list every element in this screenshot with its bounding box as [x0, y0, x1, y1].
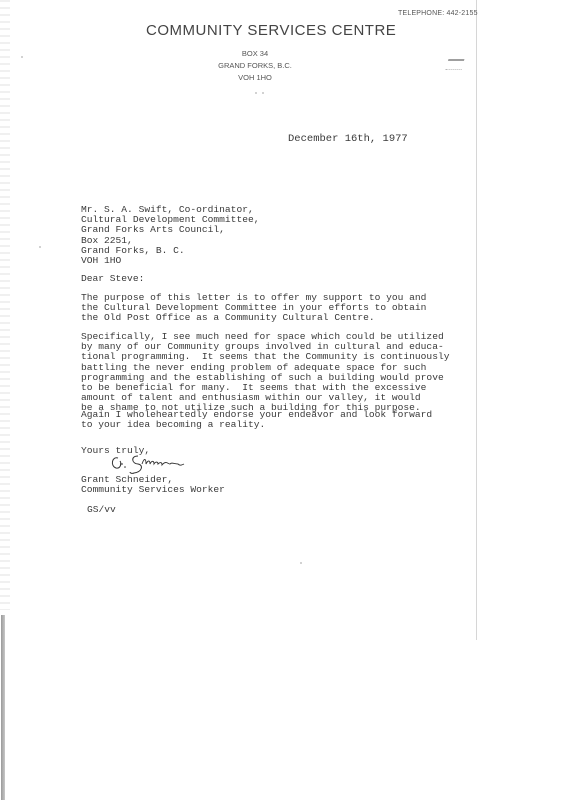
signer-title: Community Services Worker [81, 485, 225, 495]
recipient-line: VOH 1HO [81, 256, 259, 266]
address-line: VOH 1HO [210, 72, 300, 84]
salutation: Dear Steve: [81, 274, 144, 284]
letter-date: December 16th, 1977 [288, 133, 408, 145]
scan-speck [39, 246, 41, 248]
scan-speck [300, 562, 302, 564]
recipient-address: Mr. S. A. Swift, Co-ordinator,Cultural D… [81, 205, 259, 266]
reference-initials: GS/vv [87, 505, 116, 515]
scan-speck [21, 56, 23, 58]
letter-page: TELEPHONE: 442-2155 COMMUNITY SERVICES C… [0, 0, 565, 800]
body-paragraph: Specifically, I see much need for space … [81, 332, 449, 414]
scan-speck [262, 92, 264, 94]
letterhead-address: BOX 34 GRAND FORKS, B.C. VOH 1HO [210, 48, 300, 84]
signature-block: Grant Schneider,Community Services Worke… [81, 475, 225, 495]
scan-edge-bar [1, 615, 5, 800]
body-paragraph: The purpose of this letter is to offer m… [81, 293, 426, 324]
scan-speck [255, 92, 257, 94]
body-paragraph: Again I wholeheartedly endorse your ende… [81, 410, 432, 430]
letterhead-organization: COMMUNITY SERVICES CENTRE [146, 22, 396, 39]
page-edge-right [476, 0, 477, 640]
logo-icon [446, 59, 465, 70]
scan-edge-left [0, 0, 10, 610]
letterhead-telephone: TELEPHONE: 442-2155 [398, 10, 478, 17]
address-line: BOX 34 [210, 48, 300, 60]
address-line: GRAND FORKS, B.C. [210, 60, 300, 72]
